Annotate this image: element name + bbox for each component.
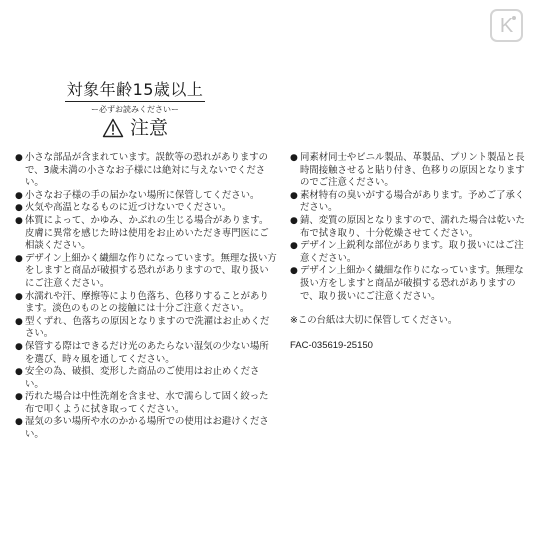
caution-heading: 注意 <box>60 116 210 140</box>
item-text: 体質によって、かゆみ、かぶれの生じる場合があります。皮膚に異常を感じた時は使用を… <box>25 215 269 251</box>
brand-logo: K <box>490 9 523 42</box>
age-label: 対象年齢15歳以上 <box>65 80 205 102</box>
list-item: ●保管する際はできるだけ光のあたらない湿気の少ない場所を選び、時々風を通してくだ… <box>15 341 277 366</box>
bullet-icon: ● <box>15 202 23 215</box>
item-text: 同素材同士やビニル製品、革製品、プリント製品と長時間接触させると貼り付き、色移り… <box>300 152 525 188</box>
bullet-icon: ● <box>15 253 23 266</box>
item-text: 錆、変質の原因となりますので、濡れた場合は乾いた布で拭き取り、十分乾燥させてくだ… <box>300 215 525 239</box>
bullet-icon: ● <box>15 416 23 429</box>
bullet-icon: ● <box>290 190 298 203</box>
bullet-icon: ● <box>290 240 298 253</box>
list-item: ●同素材同士やビニル製品、革製品、プリント製品と長時間接触させると貼り付き、色移… <box>290 152 530 190</box>
list-item: ●小さな部品が含まれています。誤飲等の恐れがありますので、3歳未満の小さなお子様… <box>15 152 277 190</box>
item-text: 安全の為、破損、変形した商品のご使用はお止めください。 <box>25 366 259 390</box>
list-item: ●型くずれ、色落ちの原因となりますので洗濯はお止めください。 <box>15 316 277 341</box>
storage-note: ※この台紙は大切に保管してください。 <box>290 315 530 328</box>
list-item: ●小さなお子様の手の届かない場所に保管してください。 <box>15 190 277 203</box>
list-item: ●素材特有の臭いがする場合があります。予めご了承ください。 <box>290 190 530 215</box>
bullet-icon: ● <box>290 215 298 228</box>
item-text: デザイン上鋭利な部位があります。取り扱いにはご注意ください。 <box>300 240 524 264</box>
list-item: ●水濡れや汗、摩擦等により色落ち、色移りすることがあります。淡色のものとの接触に… <box>15 291 277 316</box>
bullet-icon: ● <box>15 366 23 379</box>
logo-dot <box>512 16 516 20</box>
bullet-icon: ● <box>290 265 298 278</box>
item-text: 火気や高温となるものに近づけないでください。 <box>25 202 231 213</box>
product-code: FAC-035619-25150 <box>290 340 530 353</box>
list-item: ●デザイン上鋭利な部位があります。取り扱いにはご注意ください。 <box>290 240 530 265</box>
item-text: デザイン上細かく繊細な作りになっています。無理な扱い方をしますと商品が破損する恐… <box>300 265 524 301</box>
item-text: 小さなお子様の手の届かない場所に保管してください。 <box>25 190 259 201</box>
item-text: デザイン上細かく繊細な作りになっています。無理な扱い方をしますと商品が破損する恐… <box>25 253 277 289</box>
left-precautions-list: ●小さな部品が含まれています。誤飲等の恐れがありますので、3歳未満の小さなお子様… <box>15 152 277 442</box>
bullet-icon: ● <box>15 391 23 404</box>
warning-triangle-icon <box>102 118 124 138</box>
item-text: 型くずれ、色落ちの原因となりますので洗濯はお止めください。 <box>25 316 269 340</box>
bullet-icon: ● <box>15 215 23 228</box>
list-item: ●汚れた場合は中性洗剤を含ませ、水で濡らして固く絞った布で叩くように拭き取ってく… <box>15 391 277 416</box>
list-item: ●錆、変質の原因となりますので、濡れた場合は乾いた布で拭き取り、十分乾燥させてく… <box>290 215 530 240</box>
bullet-icon: ● <box>15 152 23 165</box>
read-notice: ー必ずお読みくださいー <box>60 104 210 116</box>
bullet-icon: ● <box>15 291 23 304</box>
item-text: 水濡れや汗、摩擦等により色落ち、色移りすることがあります。淡色のものとの接触には… <box>25 291 269 315</box>
warning-header: 対象年齢15歳以上 ー必ずお読みくださいー 注意 <box>60 80 210 140</box>
list-item: ●湿気の多い場所や水のかかる場所での使用はお避けください。 <box>15 416 277 441</box>
item-text: 素材特有の臭いがする場合があります。予めご了承ください。 <box>300 190 524 214</box>
bullet-icon: ● <box>15 190 23 203</box>
item-text: 汚れた場合は中性洗剤を含ませ、水で濡らして固く絞った布で叩くように拭き取ってくだ… <box>25 391 268 415</box>
list-item: ●デザイン上細かく繊細な作りになっています。無理な扱い方をしますと商品が破損する… <box>15 253 277 291</box>
list-item: ●火気や高温となるものに近づけないでください。 <box>15 202 277 215</box>
list-item: ●体質によって、かゆみ、かぶれの生じる場合があります。皮膚に異常を感じた時は使用… <box>15 215 277 253</box>
item-text: 保管する際はできるだけ光のあたらない湿気の少ない場所を選び、時々風を通してくださ… <box>25 341 269 365</box>
bullet-icon: ● <box>15 341 23 354</box>
bullet-icon: ● <box>290 152 298 165</box>
list-item: ●安全の為、破損、変形した商品のご使用はお止めください。 <box>15 366 277 391</box>
item-text: 小さな部品が含まれています。誤飲等の恐れがありますので、3歳未満の小さなお子様に… <box>25 152 268 188</box>
item-text: 湿気の多い場所や水のかかる場所での使用はお避けください。 <box>25 416 269 440</box>
bullet-icon: ● <box>15 316 23 329</box>
right-precautions-list: ●同素材同士やビニル製品、革製品、プリント製品と長時間接触させると貼り付き、色移… <box>290 152 530 362</box>
list-item: ●デザイン上細かく繊細な作りになっています。無理な扱い方をしますと商品が破損する… <box>290 265 530 303</box>
caution-title: 注意 <box>130 116 168 140</box>
